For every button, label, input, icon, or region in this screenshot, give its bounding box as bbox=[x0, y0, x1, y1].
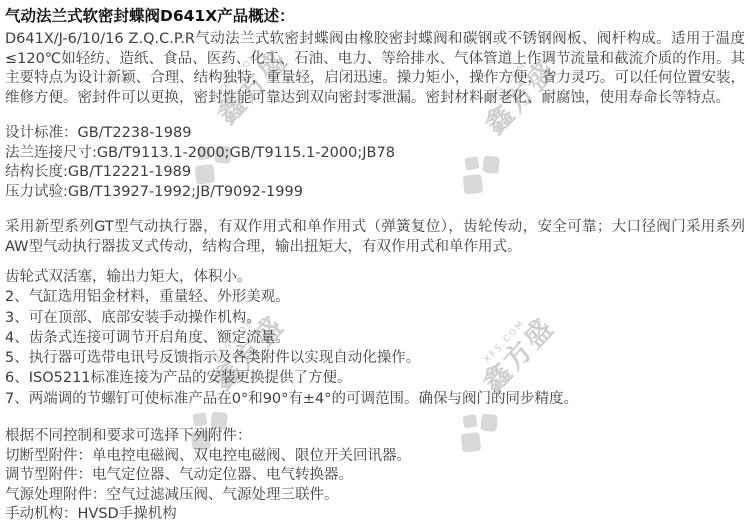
accessory-line-shutoff: 切断型附件：单电控电磁阀、双电控电磁阀、限位开关回讯器。 bbox=[5, 447, 745, 467]
standard-line-design: 设计标准：GB/T2238-1989 bbox=[5, 124, 745, 144]
accessory-line-air-treatment: 气源处理附件：空气过滤减压阀、气源处理三联件。 bbox=[5, 486, 745, 506]
accessory-line-regulating: 调节型附件：电气定位器、气动定位器、电气转换器。 bbox=[5, 466, 745, 486]
intro-paragraph: D641X/J-6/10/16 Z.Q.C.P.R气动法兰式软密封蝶阀由橡胶密封… bbox=[5, 30, 745, 108]
feature-item: 齿轮式双活塞，输出力矩大，体积小。 bbox=[5, 267, 745, 287]
feature-item: 2、气缸选用铝金材料，重量轻、外形美观。 bbox=[5, 287, 745, 307]
accessories-header: 根据不同控制和要求可选择下列附件： bbox=[5, 427, 745, 447]
product-overview-document: 气动法兰式软密封蝶阀D641X产品概述： D641X/J-6/10/16 Z.Q… bbox=[0, 0, 750, 525]
standard-line-pressure-test: 压力试验:GB/T13927-1992;JB/T9092-1999 bbox=[5, 183, 745, 203]
feature-item: 5、执行器可选带电讯号反馈指示及各类附件以实现自动化操作。 bbox=[5, 348, 745, 368]
standards-block: 设计标准：GB/T2238-1989 法兰连接尺寸:GB/T9113.1-200… bbox=[5, 124, 745, 202]
feature-item: 7、两端调的节螺钉可使标准产品在0°和90°有±4°的可调范围。确保与阀门的同步… bbox=[5, 389, 745, 409]
accessories-block: 根据不同控制和要求可选择下列附件： 切断型附件：单电控电磁阀、双电控电磁阀、限位… bbox=[5, 427, 745, 525]
feature-item: 6、ISO5211标准连接为产品的安装更换提供了方便。 bbox=[5, 368, 745, 388]
feature-item: 3、可在顶部、底部安装手动操作机构。 bbox=[5, 308, 745, 328]
standard-line-flange: 法兰连接尺寸:GB/T9113.1-2000;GB/T9115.1-2000;J… bbox=[5, 144, 745, 164]
feature-item: 4、齿条式连接可调节开启角度、额定流量。 bbox=[5, 328, 745, 348]
standard-line-length: 结构长度:GB/T12221-1989 bbox=[5, 163, 745, 183]
page-title: 气动法兰式软密封蝶阀D641X产品概述： bbox=[5, 6, 745, 26]
features-list: 齿轮式双活塞，输出力矩大，体积小。 2、气缸选用铝金材料，重量轻、外形美观。 3… bbox=[5, 267, 745, 409]
actuator-paragraph: 采用新型系列GT型气动执行器，有双作用式和单作用式（弹簧复位），齿轮传动，安全可… bbox=[5, 218, 745, 257]
accessory-line-manual: 手动机构：HVSD手操机构 bbox=[5, 505, 745, 525]
